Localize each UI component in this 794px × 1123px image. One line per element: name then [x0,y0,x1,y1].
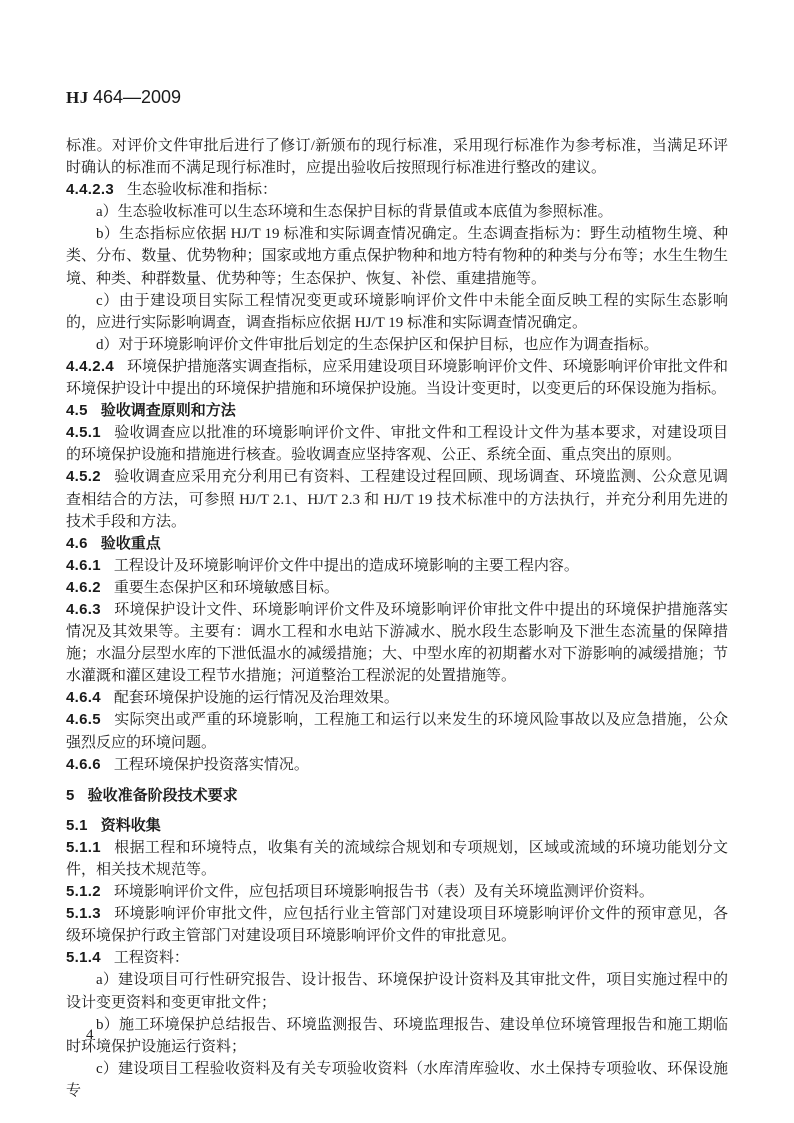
document-body: 标准。对评价文件审批后进行了修订/新颁布的现行标准，采用现行标准作为参考标准，当… [66,135,728,1102]
paragraph-23: a）建设项目可行性研究报告、设计报告、环境保护设计资料及其审批文件，项目实施过程… [66,969,728,1013]
clause-text: 生态验收标准和指标： [127,182,277,198]
clause-text: 验收准备阶段技术要求 [88,787,238,804]
paragraph-4.4.2.3: 4.4.2.3生态验收标准和指标： [66,179,728,201]
paragraph-4.6.2: 4.6.2重要生态保护区和环境敏感目标。 [66,577,728,599]
clause-text: 验收调查原则和方法 [101,402,236,419]
paragraph-4.6.1: 4.6.1工程设计及环境影响评价文件中提出的造成环境影响的主要工程内容。 [66,555,728,577]
paragraph-4.6.6: 4.6.6工程环境保护投资落实情况。 [66,754,728,776]
clause-number: 4.4.2.3 [66,181,114,198]
clause-number: 5.1.1 [66,839,101,856]
clause-text: c）建设项目工程验收资料及有关专项验收资料（水库清库验收、水土保持专项验收、环保… [66,1061,728,1099]
clause-number: 4.6.3 [66,601,101,618]
paragraph-4.5.1: 4.5.1验收调查应以批准的环境影响评价文件、审批文件和工程设计文件为基本要求，… [66,422,728,466]
clause-number: 4.6 [66,535,88,552]
paragraph-5.1.2: 5.1.2环境影响评价文件，应包括项目环境影响报告书（表）及有关环境监测评价资料… [66,881,728,903]
clause-number: 4.6.6 [66,756,101,773]
clause-number: 5.1.2 [66,883,101,900]
paragraph-5.1.4: 5.1.4工程资料： [66,947,728,969]
paragraph-5.1: 5.1资料收集 [66,815,728,837]
clause-text: a）生态验收标准可以生态环境和生态保护目标的背景值或本底值为参照标准。 [96,204,613,220]
clause-text: b）施工环境保护总结报告、环境监测报告、环境监理报告、建设单位环境管理报告和施工… [66,1017,728,1055]
clause-text: 工程环境保护投资落实情况。 [114,757,309,773]
clause-text: 根据工程和环境特点，收集有关的流域综合规划和专项规划，区域或流域的环境功能划分文… [66,840,728,878]
clause-text: 工程资料： [114,950,189,966]
paragraph-4.6.3: 4.6.3环境保护设计文件、环境影响评价文件及环境影响评价审批文件中提出的环境保… [66,599,728,687]
paragraph-4.6: 4.6验收重点 [66,533,728,555]
clause-text: 验收重点 [101,535,161,552]
paragraph-2: a）生态验收标准可以生态环境和生态保护目标的背景值或本底值为参照标准。 [66,201,728,223]
paragraph-4.5: 4.5验收调查原则和方法 [66,400,728,422]
clause-text: 环境影响评价文件，应包括项目环境影响报告书（表）及有关环境监测评价资料。 [114,884,654,900]
clause-number: 4.6.5 [66,711,101,728]
clause-text: d）对于环境影响评价文件审批后划定的生态保护区和保护目标，也应作为调查指标。 [96,337,659,353]
clause-number: 5.1.4 [66,949,101,966]
clause-text: 环境保护措施落实调查指标，应采用建设项目环境影响评价文件、环境影响评价审批文件和… [66,359,728,397]
clause-text: 工程设计及环境影响评价文件中提出的造成环境影响的主要工程内容。 [114,558,579,574]
clause-text: 实际突出或严重的环境影响，工程施工和运行以来发生的环境风险事故以及应急措施，公众… [66,712,728,750]
page-number: 4 [86,1024,94,1046]
clause-number: 4.5 [66,402,88,419]
clause-text: a）建设项目可行性研究报告、设计报告、环境保护设计资料及其审批文件，项目实施过程… [66,972,728,1010]
paragraph-25: c）建设项目工程验收资料及有关专项验收资料（水库清库验收、水土保持专项验收、环保… [66,1058,728,1102]
clause-text: 标准。对评价文件审批后进行了修订/新颁布的现行标准，采用现行标准作为参考标准，当… [66,138,728,176]
clause-text: 环境保护设计文件、环境影响评价文件及环境影响评价审批文件中提出的环境保护措施落实… [66,602,728,684]
clause-text: b）生态指标应依据 HJ/T 19 标准和实际调查情况确定。生态调查指标为：野生… [66,226,728,286]
clause-number: 5.1.3 [66,905,101,922]
paragraph-4.6.4: 4.6.4配套环境保护设施的运行情况及治理效果。 [66,687,728,709]
paragraph-24: b）施工环境保护总结报告、环境监测报告、环境监理报告、建设单位环境管理报告和施工… [66,1014,728,1058]
paragraph-5.1.3: 5.1.3环境影响评价审批文件，应包括行业主管部门对建设项目环境影响评价文件的预… [66,903,728,947]
clause-text: 验收调查应采用充分利用已有资料、工程建设过程回顾、现场调查、环境监测、公众意见调… [66,469,728,529]
clause-text: 重要生态保护区和环境敏感目标。 [114,580,339,596]
paragraph-0: 标准。对评价文件审批后进行了修订/新颁布的现行标准，采用现行标准作为参考标准，当… [66,135,728,179]
standard-code-prefix: HJ [66,88,89,107]
clause-number: 5.1 [66,817,88,834]
document-page: HJ 464—2009 标准。对评价文件审批后进行了修订/新颁布的现行标准，采用… [0,0,794,1123]
clause-text: 环境影响评价审批文件，应包括行业主管部门对建设项目环境影响评价文件的预审意见，各… [66,906,728,944]
clause-text: 配套环境保护设施的运行情况及治理效果。 [114,690,399,706]
standard-code-number: 464—2009 [93,87,181,107]
clause-number: 4.6.2 [66,579,101,596]
clause-text: 资料收集 [101,817,161,834]
clause-number: 4.5.1 [66,424,101,441]
paragraph-5: 5验收准备阶段技术要求 [66,785,728,807]
clause-text: c）由于建设项目实际工程情况变更或环境影响评价文件中未能全面反映工程的实际生态影… [66,293,728,331]
paragraph-4: c）由于建设项目实际工程情况变更或环境影响评价文件中未能全面反映工程的实际生态影… [66,290,728,334]
clause-number: 5 [66,787,75,804]
clause-number: 4.4.2.4 [66,358,114,375]
paragraph-3: b）生态指标应依据 HJ/T 19 标准和实际调查情况确定。生态调查指标为：野生… [66,223,728,289]
paragraph-5.1.1: 5.1.1根据工程和环境特点，收集有关的流域综合规划和专项规划，区域或流域的环境… [66,837,728,881]
paragraph-5: d）对于环境影响评价文件审批后划定的生态保护区和保护目标，也应作为调查指标。 [66,334,728,356]
clause-number: 4.6.1 [66,557,101,574]
paragraph-4.5.2: 4.5.2验收调查应采用充分利用已有资料、工程建设过程回顾、现场调查、环境监测、… [66,466,728,532]
clause-number: 4.5.2 [66,468,101,485]
clause-number: 4.6.4 [66,689,101,706]
clause-text: 验收调查应以批准的环境影响评价文件、审批文件和工程设计文件为基本要求，对建设项目… [66,425,728,463]
paragraph-4.6.5: 4.6.5实际突出或严重的环境影响，工程施工和运行以来发生的环境风险事故以及应急… [66,709,728,753]
document-header: HJ 464—2009 [66,86,728,109]
paragraph-4.4.2.4: 4.4.2.4环境保护措施落实调查指标，应采用建设项目环境影响评价文件、环境影响… [66,356,728,400]
